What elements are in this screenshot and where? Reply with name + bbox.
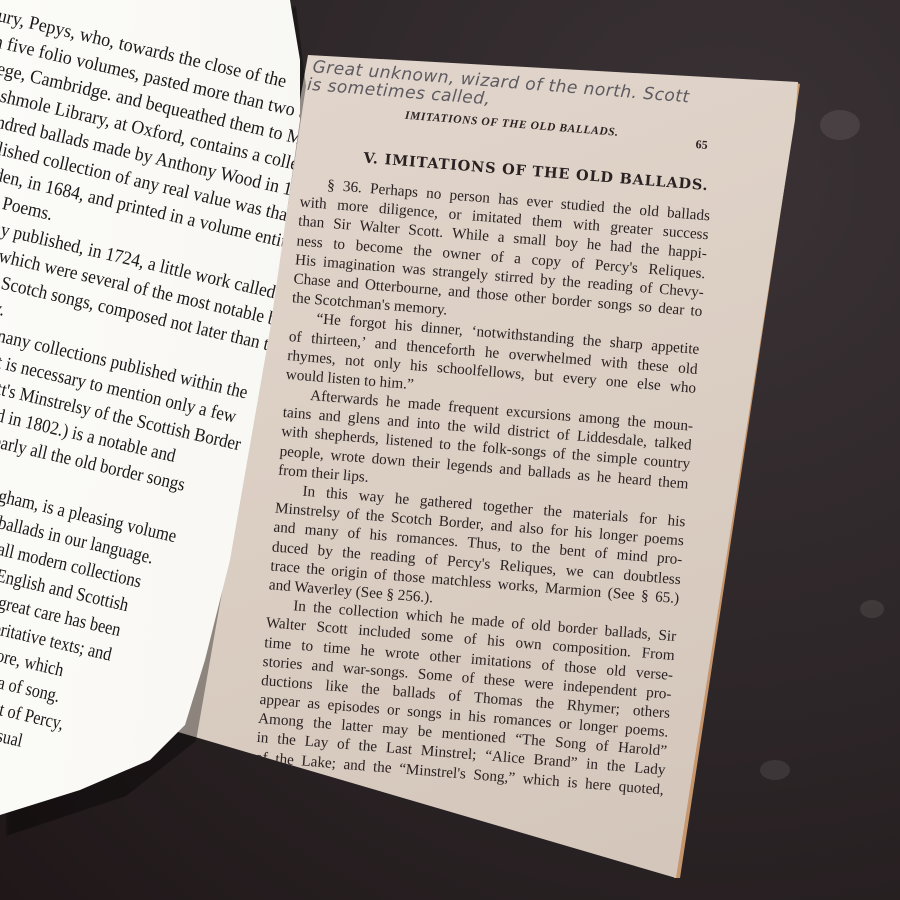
table-speck xyxy=(820,110,860,140)
page-number: 65 xyxy=(695,137,708,153)
left-page-body-text: ...ury, Pepys, who, towards the close of… xyxy=(0,0,321,69)
right-page-body-text: § 36. Perhaps no person has ever studied… xyxy=(253,174,711,819)
table-speck xyxy=(860,600,884,618)
table-speck xyxy=(760,760,790,780)
running-head: IMITATIONS OF THE OLD BALLADS. xyxy=(405,110,620,139)
